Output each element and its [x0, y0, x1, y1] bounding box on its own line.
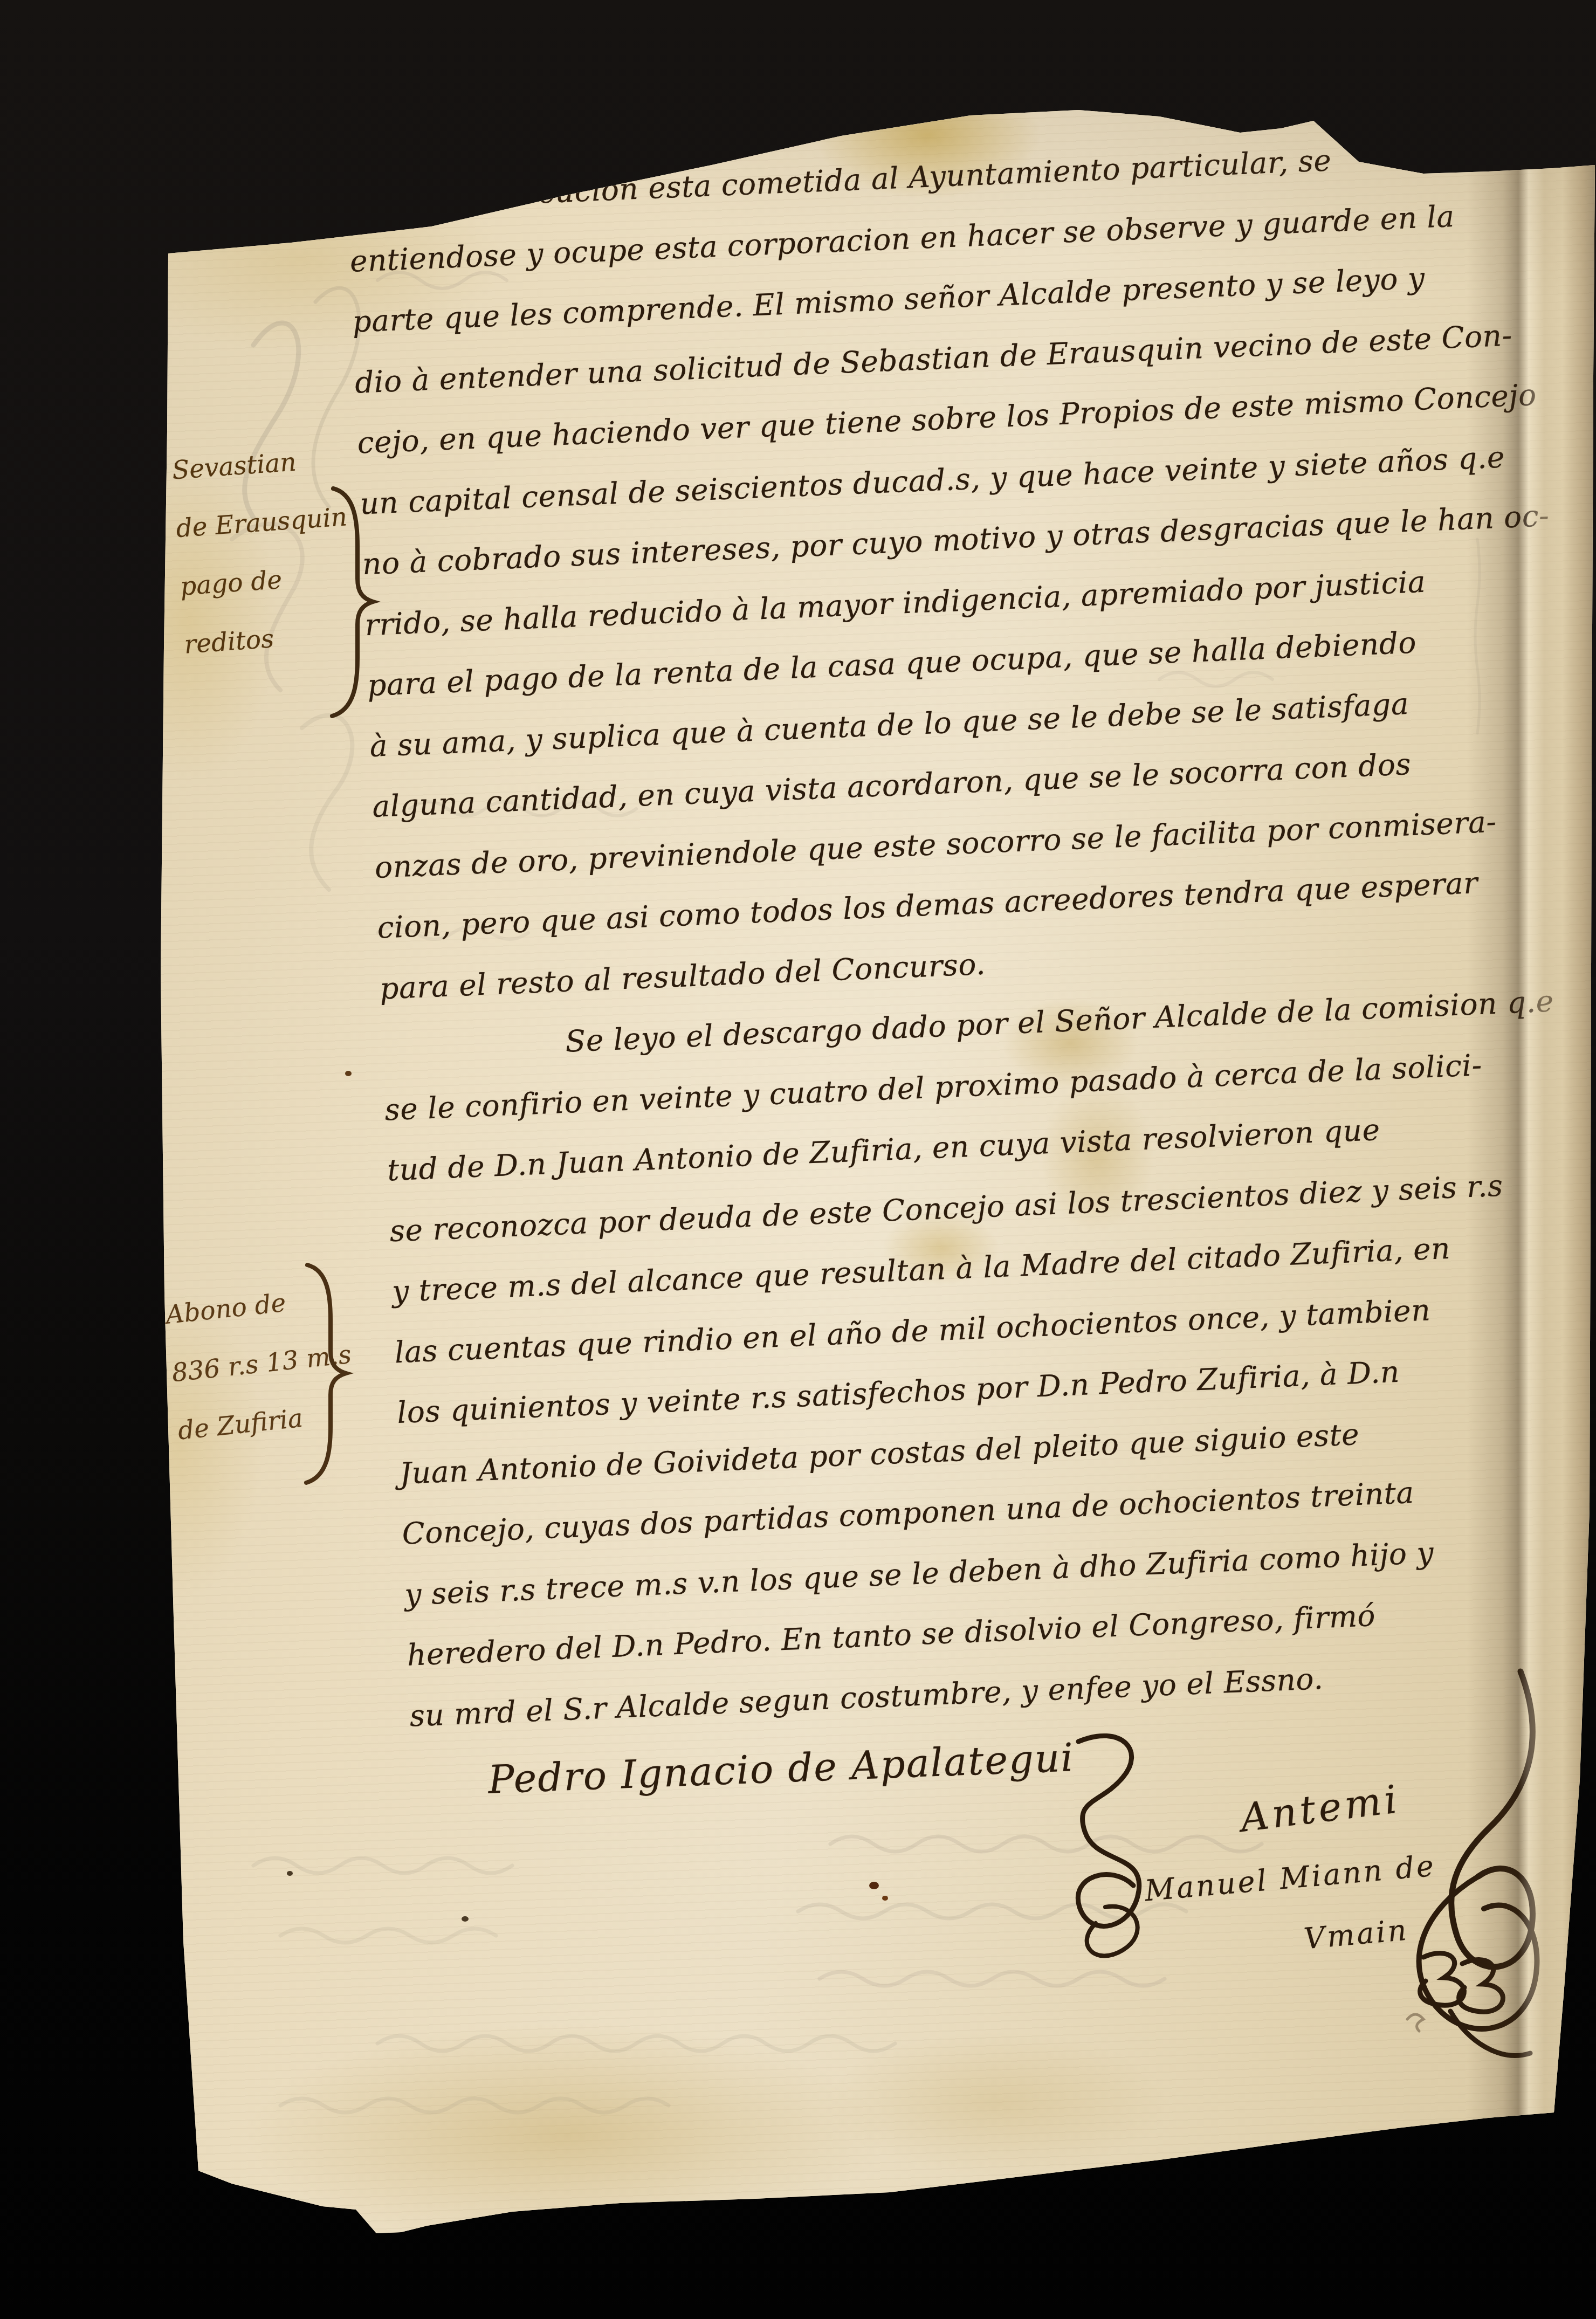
margin-note-erausquin: Sevastian de Erausquin pago de reditos — [170, 430, 357, 674]
ink-speck — [869, 1882, 879, 1889]
signature-notary-line1: Manuel Miann de — [1143, 1849, 1437, 1908]
main-text-block: à que su execucion esta cometida al Ayun… — [346, 125, 1521, 1746]
margin-note-line: de Erausquin — [174, 488, 349, 558]
signature-notary-line2: Vmain — [1303, 1913, 1410, 1956]
ante-mi-label: Antemi — [1238, 1776, 1402, 1841]
backdrop: à que su execucion esta cometida al Ayun… — [0, 0, 1596, 2319]
ink-speck — [882, 1896, 888, 1901]
manuscript-page: à que su execucion esta cometida al Ayun… — [0, 0, 1596, 2319]
ink-speck — [462, 1916, 469, 1922]
ink-speck — [345, 1071, 352, 1076]
ink-speck — [287, 1871, 293, 1876]
margin-note-zufiria: Abono de 836 r.s 13 m.s de Zufiria — [163, 1268, 360, 1460]
margin-note-line: reditos — [182, 604, 357, 675]
signature-pedro-ignacio-apalategui: Pedro Ignacio de Apalategui — [487, 1735, 1075, 1802]
